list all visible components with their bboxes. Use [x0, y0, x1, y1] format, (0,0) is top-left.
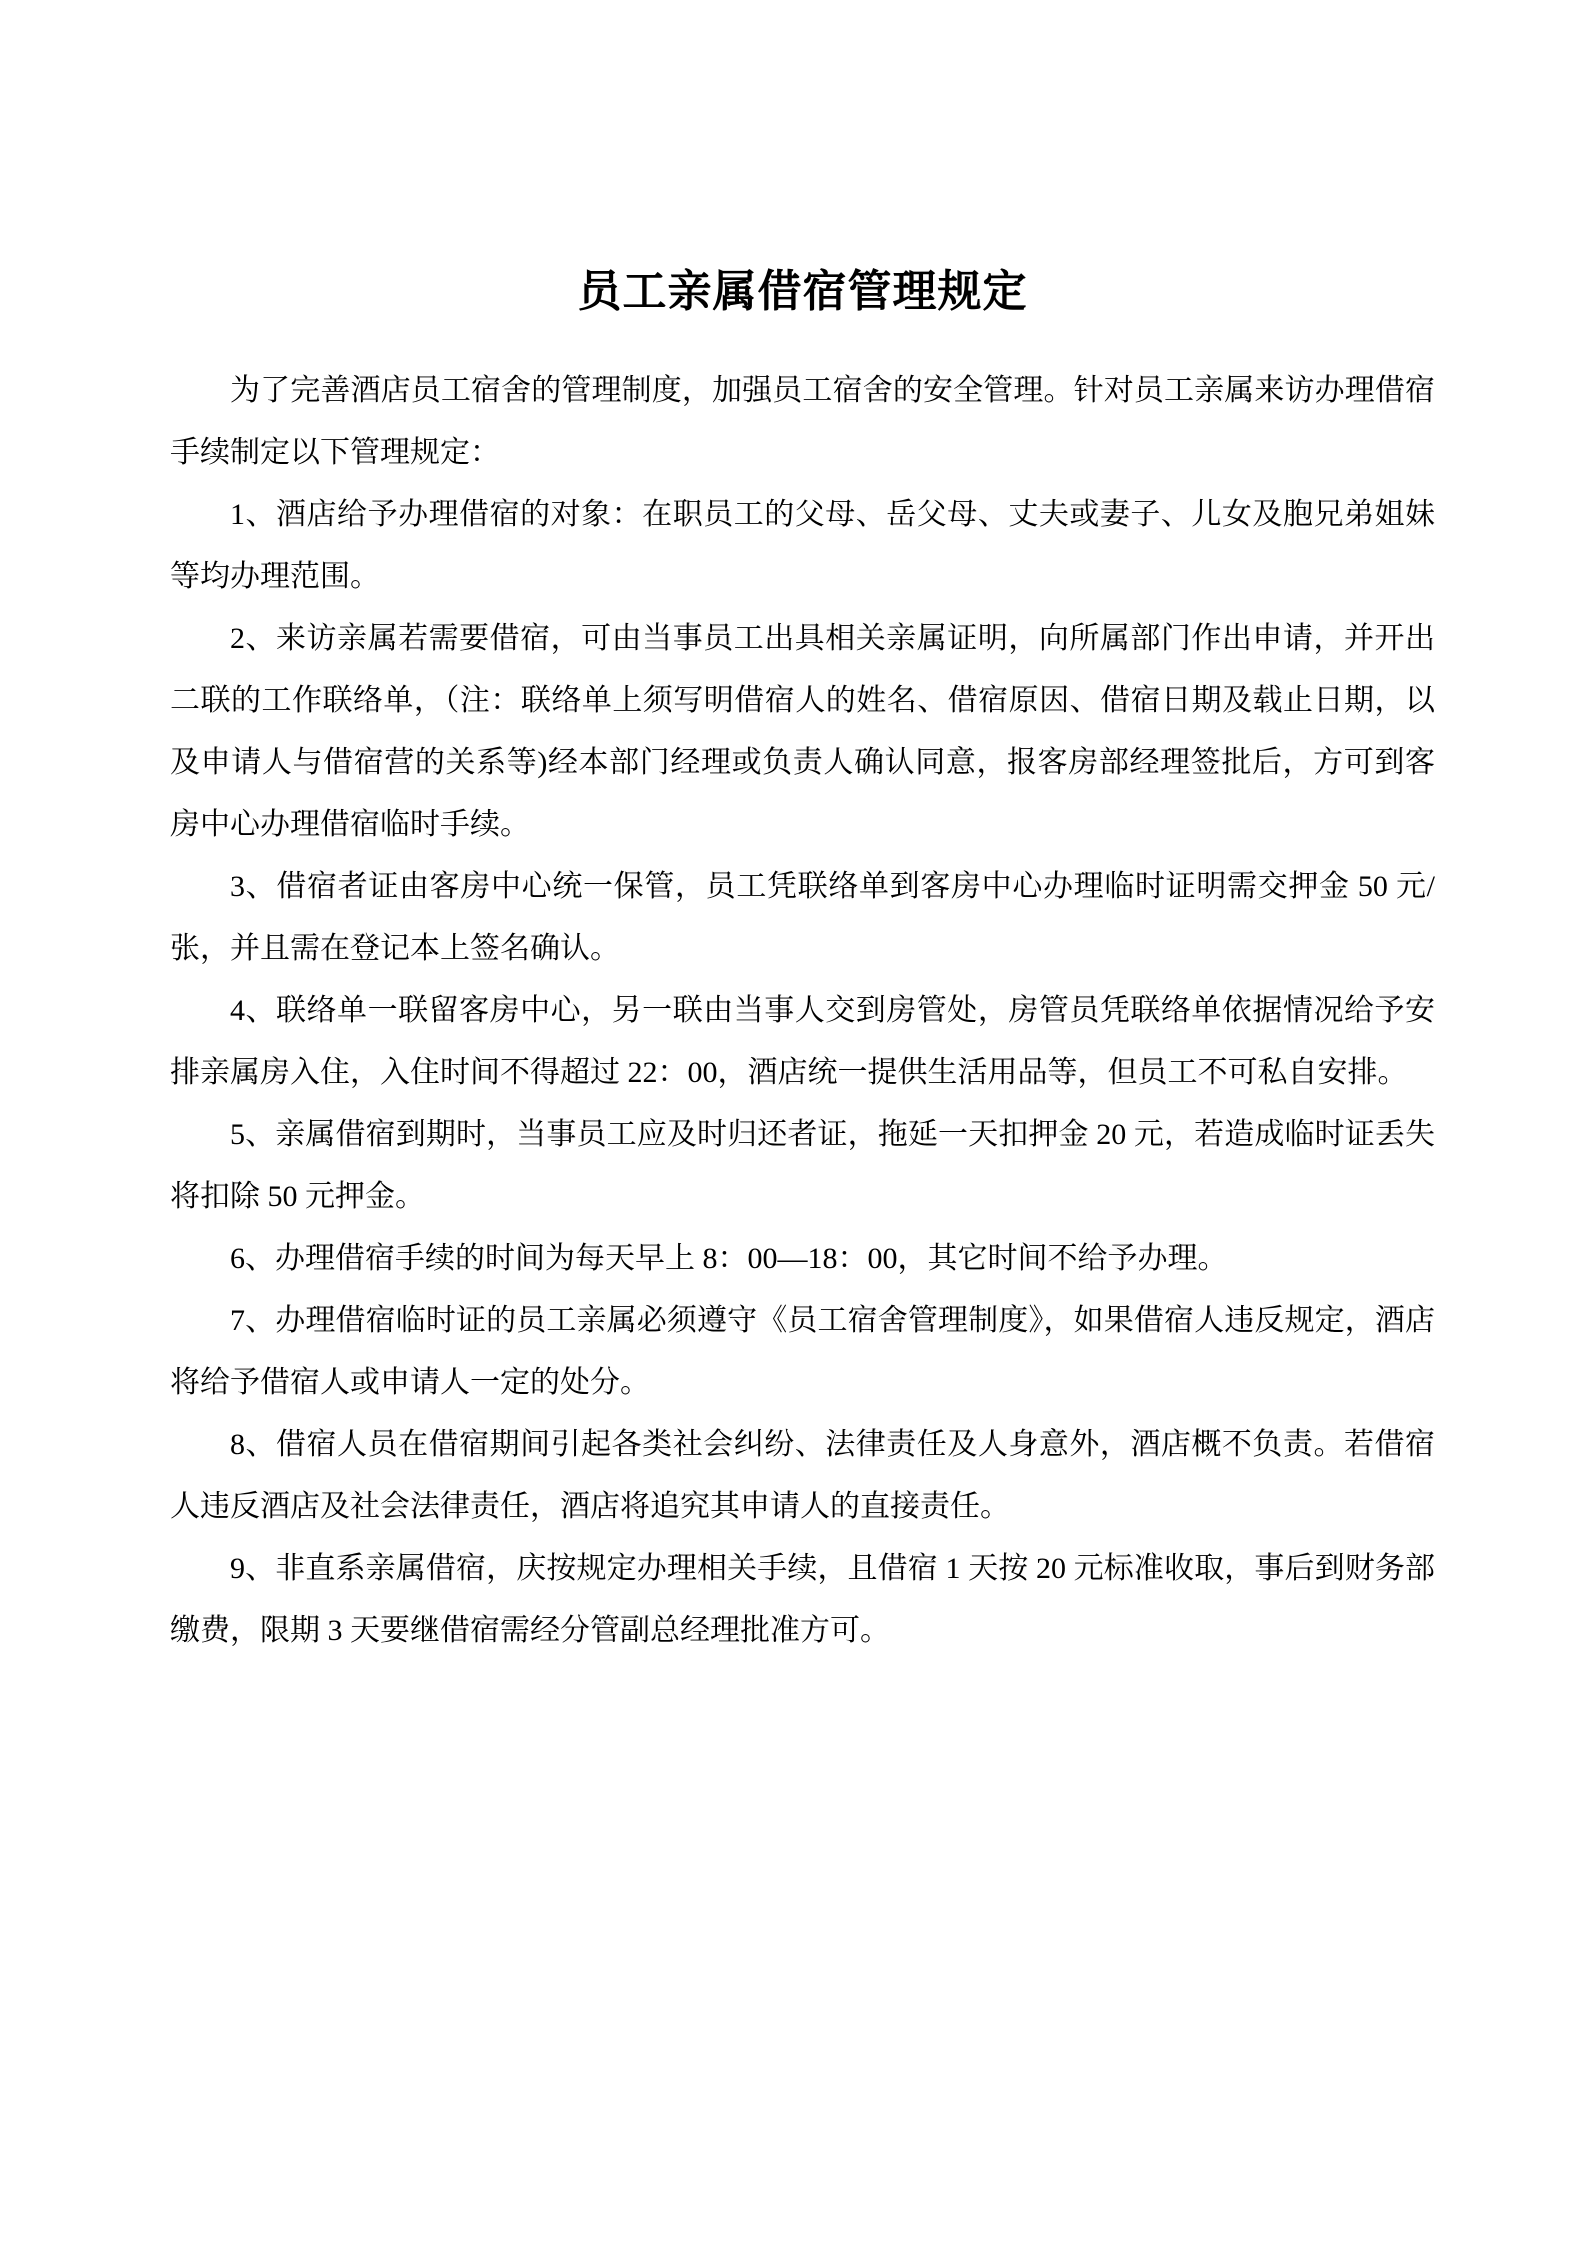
paragraph-rule-4: 4、联络单一联留客房中心，另一联由当事人交到房管处，房管员凭联络单依据情况给予安… [170, 980, 1435, 1104]
paragraph-rule-8: 8、借宿人员在借宿期间引起各类社会纠纷、法律责任及人身意外，酒店概不负责。若借宿… [170, 1414, 1435, 1538]
paragraph-rule-1: 1、酒店给予办理借宿的对象：在职员工的父母、岳父母、丈夫或妻子、儿女及胞兄弟姐妹… [170, 484, 1435, 608]
paragraph-rule-7: 7、办理借宿临时证的员工亲属必须遵守《员工宿舍管理制度》，如果借宿人违反规定，酒… [170, 1290, 1435, 1414]
document-content: 员工亲属借宿管理规定 为了完善酒店员工宿舍的管理制度，加强员工宿舍的安全管理。针… [170, 268, 1435, 1662]
document-page: 员工亲属借宿管理规定 为了完善酒店员工宿舍的管理制度，加强员工宿舍的安全管理。针… [0, 0, 1587, 2245]
paragraph-intro: 为了完善酒店员工宿舍的管理制度，加强员工宿舍的安全管理。针对员工亲属来访办理借宿… [170, 360, 1435, 484]
paragraph-rule-3: 3、借宿者证由客房中心统一保管，员工凭联络单到客房中心办理临时证明需交押金 50… [170, 856, 1435, 980]
paragraph-rule-6: 6、办理借宿手续的时间为每天早上 8：00—18：00，其它时间不给予办理。 [170, 1228, 1435, 1290]
document-title: 员工亲属借宿管理规定 [170, 268, 1435, 316]
paragraph-rule-5: 5、亲属借宿到期时，当事员工应及时归还者证，拖延一天扣押金 20 元，若造成临时… [170, 1104, 1435, 1228]
paragraph-rule-2: 2、来访亲属若需要借宿，可由当事员工出具相关亲属证明，向所属部门作出申请，并开出… [170, 608, 1435, 856]
paragraph-rule-9: 9、非直系亲属借宿，庆按规定办理相关手续，且借宿 1 天按 20 元标准收取，事… [170, 1538, 1435, 1662]
